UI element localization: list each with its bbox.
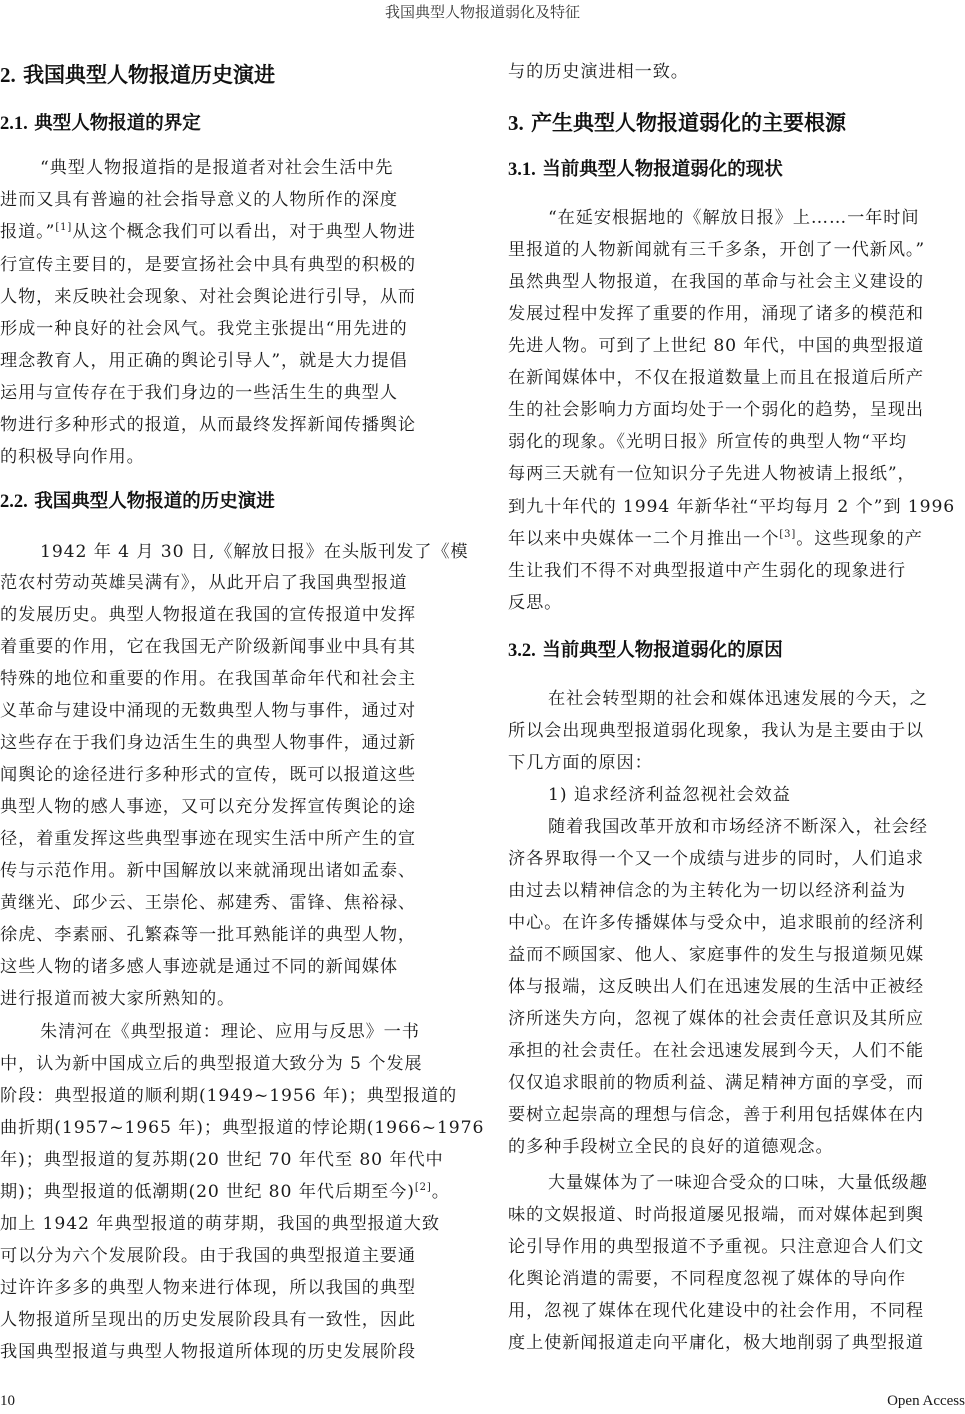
section-number: 2. bbox=[0, 63, 16, 87]
section-number: 3.2. bbox=[508, 641, 536, 661]
paragraph-line: 在新闻媒体中，不仅在报道数量上而且在报道后所产 bbox=[508, 362, 924, 394]
publisher-label: Open Access bbox=[887, 1390, 965, 1412]
paragraph-line: 行宣传主要目的，是要宣扬社会中具有典型的积极的 bbox=[0, 249, 416, 281]
section-title: 我国典型人物报道历史演进 bbox=[23, 63, 275, 87]
paragraph-line: 的发展历史。典型人物报道在我国的宣传报道中发挥 bbox=[0, 599, 416, 631]
paragraph-line: 径，着重发挥这些典型事迹在现实生活中所产生的宣 bbox=[0, 823, 416, 855]
page-number: 10 bbox=[0, 1390, 15, 1412]
paragraph-line: 化舆论消遣的需要，不同程度忽视了媒体的导向作 bbox=[508, 1263, 906, 1295]
paragraph-line: 形成一种良好的社会风气。我党主张提出“用先进的 bbox=[0, 313, 408, 345]
paragraph-line: 运用与宣传存在于我们身边的一些活生生的典型人 bbox=[0, 377, 398, 409]
paragraph-line: 典型人物的感人事迹，又可以充分发挥宣传舆论的途 bbox=[0, 791, 416, 823]
citation[interactable]: [2] bbox=[415, 1182, 432, 1193]
paragraph-line: 先进人物。可到了上世纪 80 年代，中国的典型报道 bbox=[508, 330, 924, 362]
section-number: 2.1. bbox=[0, 114, 28, 134]
paragraph-line: 发展过程中发挥了重要的作用，涌现了诸多的模范和 bbox=[508, 298, 924, 330]
right-column: 与的历史演进相一致。 3. 产生典型人物报道弱化的主要根源 3.1. 当前典型人… bbox=[508, 0, 965, 1414]
section-title: 当前典型人物报道弱化的现状 bbox=[542, 159, 783, 180]
paragraph-line: 味的文娱报道、时尚报道屡见报端，而对媒体起到舆 bbox=[508, 1199, 924, 1231]
paragraph-line: 进行报道而被大家所熟知的。 bbox=[0, 983, 235, 1015]
paragraph-line: 反思。 bbox=[508, 587, 562, 619]
paragraph-line: 加上 1942 年典型报道的萌芽期，我国的典型报道大致 bbox=[0, 1208, 440, 1240]
paragraph-line: 1942 年 4 月 30 日,《解放日报》在头版刊发了《模 bbox=[0, 536, 469, 568]
paragraph-line: 报道。”[1]从这个概念我们可以看出，对于典型人物进 bbox=[0, 216, 416, 248]
paragraph-line: 特殊的地位和重要的作用。在我国革命年代和社会主 bbox=[0, 663, 416, 695]
section-heading-2: 2. 我国典型人物报道历史演进 bbox=[0, 58, 275, 92]
paragraph-line: 弱化的现象。《光明日报》所宣传的典型人物“平均 bbox=[508, 426, 907, 458]
paragraph-line: 生让我们不得不对典型报道中产生弱化的现象进行 bbox=[508, 555, 906, 587]
paragraph-line: 虽然典型人物报道，在我国的革命与社会主义建设的 bbox=[508, 266, 924, 298]
paragraph-line: 到九十年代的 1994 年新华社“平均每月 2 个”到 1996 bbox=[508, 491, 955, 523]
paragraph-line: 济各界取得一个又一个成绩与进步的同时，人们追求 bbox=[508, 843, 924, 875]
section-title: 典型人物报道的界定 bbox=[34, 113, 201, 134]
paragraph-line: 与的历史演进相一致。 bbox=[508, 56, 689, 88]
citation[interactable]: [3] bbox=[779, 529, 796, 540]
paragraph-line: 这些存在于我们身边活生生的典型人物事件，通过新 bbox=[0, 727, 416, 759]
paragraph-line: 传与示范作用。新中国解放以来就涌现出诸如孟泰、 bbox=[0, 855, 416, 887]
section-title: 当前典型人物报道弱化的原因 bbox=[542, 640, 783, 661]
paragraph-line: 由过去以精神信念的为主转化为一切以经济利益为 bbox=[508, 875, 906, 907]
paragraph-line: 期)；典型报道的低潮期(20 世纪 80 年代后期至今)[2]。 bbox=[0, 1176, 450, 1208]
section-heading-3: 3. 产生典型人物报道弱化的主要根源 bbox=[508, 106, 846, 140]
list-item: 1) 追求经济利益忽视社会效益 bbox=[508, 779, 791, 811]
paragraph-line: 要树立起崇高的理想与信念，善于利用包括媒体在内 bbox=[508, 1099, 924, 1131]
paragraph-line: 人物报道所呈现出的历史发展阶段具有一致性，因此 bbox=[0, 1304, 416, 1336]
paragraph-line: 用，忽视了媒体在现代化建设中的社会作用，不同程 bbox=[508, 1295, 924, 1327]
subsection-heading-2-2: 2.2. 我国典型人物报道的历史演进 bbox=[0, 487, 275, 517]
paragraph-line: 的积极导向作用。 bbox=[0, 441, 145, 473]
paragraph-line: 所以会出现典型报道弱化现象，我认为是主要由于以 bbox=[508, 715, 924, 747]
paragraph-line: 生的社会影响力方面均处于一个弱化的趋势，呈现出 bbox=[508, 394, 924, 426]
paragraph-line: 承担的社会责任。在社会迅速发展到今天，人们不能 bbox=[508, 1035, 924, 1067]
paragraph-line: 朱清河在《典型报道：理论、应用与反思》一书 bbox=[0, 1016, 420, 1048]
paragraph-line: 里报道的人物新闻就有三千多条，开创了一代新风。” bbox=[508, 234, 925, 266]
paragraph-line: 过许许多多的典型人物来进行体现，所以我国的典型 bbox=[0, 1272, 416, 1304]
section-title: 产生典型人物报道弱化的主要根源 bbox=[531, 111, 846, 135]
paragraph-line: 曲折期(1957~1965 年)；典型报道的悖论期(1966~1976 bbox=[0, 1112, 484, 1144]
paragraph-line: 这些人物的诸多感人事迹就是通过不同的新闻媒体 bbox=[0, 951, 398, 983]
paragraph-line: 进而又具有普遍的社会指导意义的人物所作的深度 bbox=[0, 184, 398, 216]
section-title: 我国典型人物报道的历史演进 bbox=[34, 491, 275, 512]
paragraph-line: 仅仅追求眼前的物质利益、满足精神方面的享受，而 bbox=[508, 1067, 924, 1099]
paragraph-line: 黄继光、邱少云、王崇伦、郝建秀、雷锋、焦裕禄、 bbox=[0, 887, 416, 919]
paragraph-line: 可以分为六个发展阶段。由于我国的典型报道主要通 bbox=[0, 1240, 416, 1272]
paragraph-line: 论引导作用的典型报道不予重视。只注意迎合人们文 bbox=[508, 1231, 924, 1263]
paragraph-line: 中，认为新中国成立后的典型报道大致分为 5 个发展 bbox=[0, 1048, 423, 1080]
section-number: 3.1. bbox=[508, 160, 536, 180]
paragraph-line: 大量媒体为了一味迎合受众的口味，大量低级趣 bbox=[508, 1167, 928, 1199]
subsection-heading-3-2: 3.2. 当前典型人物报道弱化的原因 bbox=[508, 636, 783, 666]
subsection-heading-3-1: 3.1. 当前典型人物报道弱化的现状 bbox=[508, 155, 783, 185]
paragraph-line: 闻舆论的途径进行多种形式的宣传，既可以报道这些 bbox=[0, 759, 416, 791]
paragraph-line: 在社会转型期的社会和媒体迅速发展的今天，之 bbox=[508, 683, 928, 715]
paragraph-line: 徐虎、李素丽、孔繁森等一批耳熟能详的典型人物， bbox=[0, 919, 416, 951]
section-number: 2.2. bbox=[0, 492, 28, 512]
paragraph-line: 度上使新闻报道走向平庸化，极大地削弱了典型报道 bbox=[508, 1327, 924, 1359]
paragraph-line: 中心。在许多传播媒体与受众中，追求眼前的经济利 bbox=[508, 907, 924, 939]
subsection-heading-2-1: 2.1. 典型人物报道的界定 bbox=[0, 109, 201, 139]
paragraph-line: 济所迷失方向，忽视了媒体的社会责任意识及其所应 bbox=[508, 1003, 924, 1035]
paragraph-line: 每两三天就有一位知识分子先进人物被请上报纸”， bbox=[508, 458, 916, 490]
paragraph-line: 阶段：典型报道的顺利期(1949~1956 年)；典型报道的 bbox=[0, 1080, 457, 1112]
paragraph-line: 我国典型报道与典型人物报道所体现的历史发展阶段 bbox=[0, 1336, 416, 1368]
paragraph-line: “在延安根据地的《解放日报》上……一年时间 bbox=[508, 202, 919, 234]
paragraph-line: 的多种手段树立全民的良好的道德观念。 bbox=[508, 1131, 834, 1163]
paragraph-line: 益而不顾国家、他人、家庭事件的发生与报道频见媒 bbox=[508, 939, 924, 971]
paragraph-line: 着重要的作用，它在我国无产阶级新闻事业中具有其 bbox=[0, 631, 416, 663]
paragraph-line: 人物，来反映社会现象、对社会舆论进行引导，从而 bbox=[0, 281, 416, 313]
paragraph-line: 理念教育人，用正确的舆论引导人”，就是大力提倡 bbox=[0, 345, 408, 377]
paragraph-line: 体与报端，这反映出人们在迅速发展的生活中正被经 bbox=[508, 971, 924, 1003]
paragraph-line: 义革命与建设中涌现的无数典型人物与事件，通过对 bbox=[0, 695, 416, 727]
paragraph-line: 物进行多种形式的报道，从而最终发挥新闻传播舆论 bbox=[0, 409, 416, 441]
paragraph-line: 范农村劳动英雄吴满有》，从此开启了我国典型报道 bbox=[0, 567, 407, 599]
section-number: 3. bbox=[508, 111, 524, 135]
citation[interactable]: [1] bbox=[55, 222, 72, 233]
paragraph-line: 下几方面的原因： bbox=[508, 747, 653, 779]
paragraph-line: 随着我国改革开放和市场经济不断深入，社会经 bbox=[508, 811, 928, 843]
paragraph-line: “典型人物报道指的是报道者对社会生活中先 bbox=[0, 152, 393, 184]
left-column: 2. 我国典型人物报道历史演进 2.1. 典型人物报道的界定 “典型人物报道指的… bbox=[0, 0, 460, 1414]
paragraph-line: 年以来中央媒体一二个月推出一个[3]。这些现象的产 bbox=[508, 523, 923, 555]
paragraph-line: 年)；典型报道的复苏期(20 世纪 70 年代至 80 年代中 bbox=[0, 1144, 444, 1176]
